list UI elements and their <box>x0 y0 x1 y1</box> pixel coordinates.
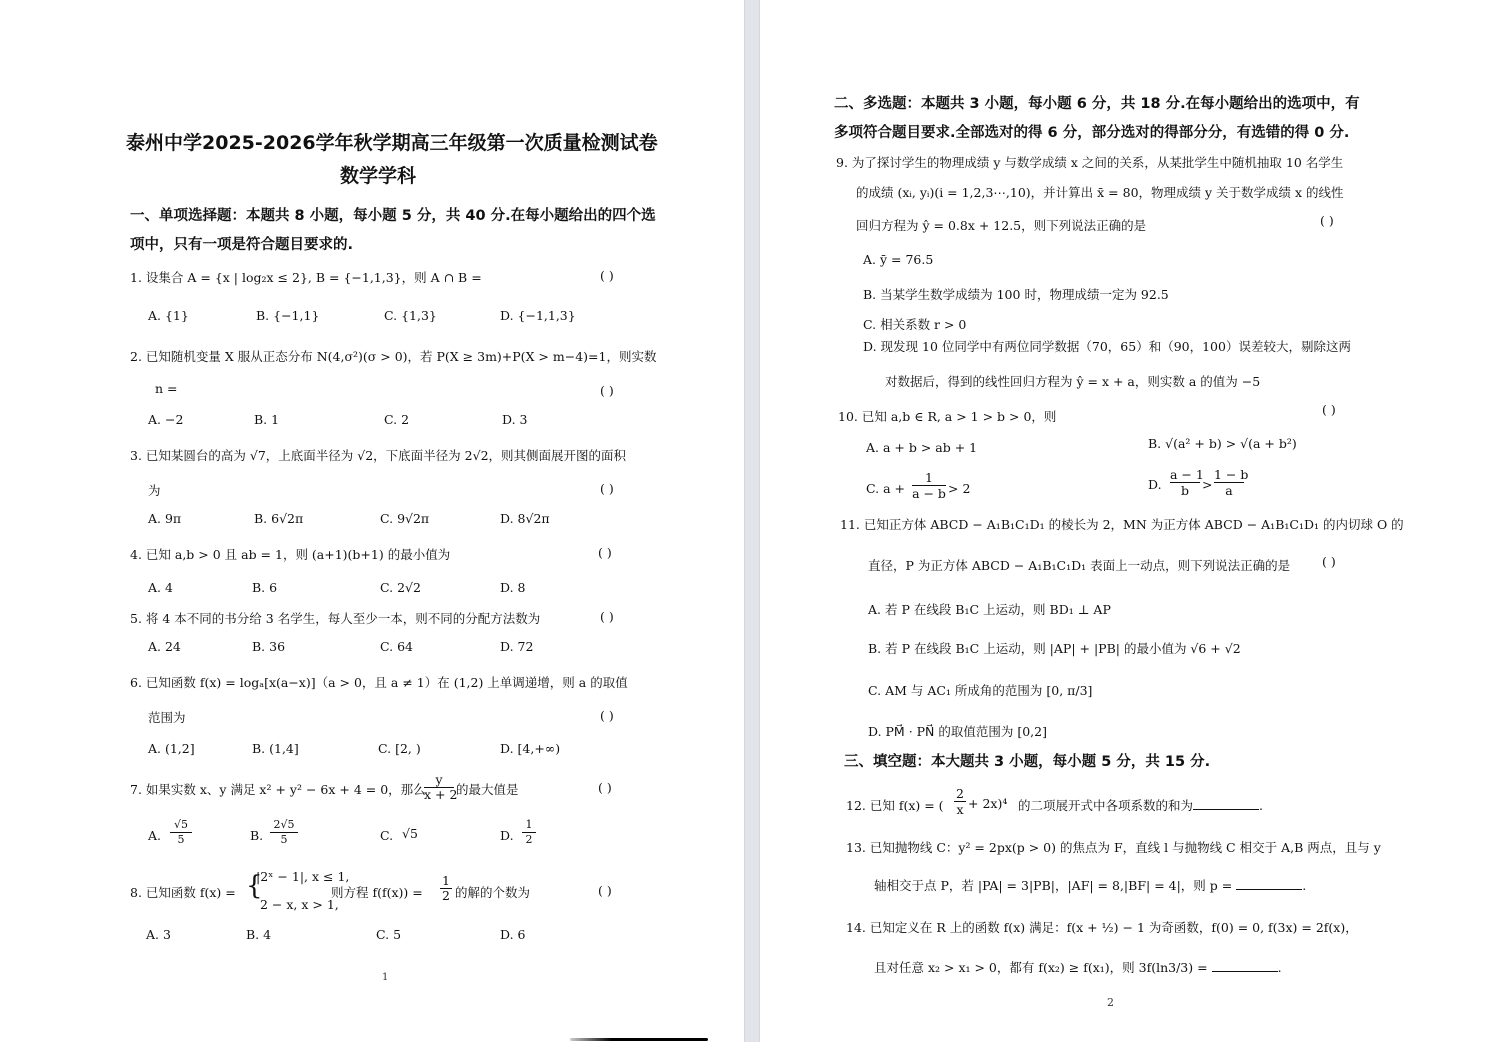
q1-option-c: C. {1,3} <box>384 308 437 323</box>
q13-stem2-text: 轴相交于点 P，若 |PA| = 3|PB|，|AF| = 8,|BF| = 4… <box>874 878 1232 893</box>
q4-option-c: C. 2√2 <box>380 580 421 595</box>
q9-option-d-cont: 对数据后，得到的线性回归方程为 ŷ = x + a，则实数 a 的值为 −5 <box>885 372 1260 390</box>
q12-tail-text: 的二项展开式中各项系数的和为 <box>1018 798 1193 813</box>
page-2: 二、多选题：本题共 3 小题，每小题 6 分，共 18 分.在每小题给出的选项中… <box>760 0 1509 1042</box>
q8-case-2: 2 − x, x > 1, <box>260 897 339 912</box>
q1-option-d: D. {−1,1,3} <box>500 308 576 323</box>
question-6-stem-cont: 范围为 <box>148 708 186 726</box>
q12-fraction: 2 x <box>954 786 966 817</box>
q8-case-1: |2ˣ − 1|, x ≤ 1, <box>256 869 349 884</box>
question-14-stem-2: 且对任意 x₂ > x₁ > 0，都有 f(x₂) ≥ f(x₁)，则 3f(l… <box>874 958 1282 976</box>
page-1: 泰州中学2025-2026学年秋学期高三年级第一次质量检测试卷 数学学科 一、单… <box>0 0 744 1042</box>
question-6-stem: 6. 已知函数 f(x) = logₐ[x(a−x)]（a > 0，且 a ≠ … <box>130 673 628 691</box>
question-14-stem: 14. 已知定义在 R 上的函数 f(x) 满足：f(x + ½) − 1 为奇… <box>846 918 1358 936</box>
q6-option-b: B. (1,4] <box>252 741 299 756</box>
question-3-stem-cont: 为 <box>148 481 161 499</box>
q10-c-num: 1 <box>912 470 946 486</box>
answer-paren: ( ) <box>1322 554 1336 569</box>
question-8-stem-tail: 的解的个数为 <box>455 883 530 901</box>
question-9-stem: 9. 为了探讨学生的物理成绩 y 与数学成绩 x 之间的关系，从某批学生中随机抽… <box>836 153 1343 171</box>
question-12-stem-tail: 的二项展开式中各项系数的和为. <box>1018 796 1263 814</box>
q5-option-c: C. 64 <box>380 639 413 654</box>
question-8-stem-mid: 则方程 f(f(x)) = <box>331 883 423 901</box>
q1-option-b: B. {−1,1} <box>256 308 319 323</box>
q8-option-b: B. 4 <box>246 927 271 942</box>
q10-option-d-frac-2: 1 − b a <box>1214 467 1244 498</box>
question-9-stem-2: 的成绩 (xᵢ, yᵢ)(i = 1,2,3⋯,10)，并计算出 x̄ = 80… <box>856 183 1344 201</box>
answer-paren: ( ) <box>598 780 612 795</box>
answer-blank[interactable] <box>1212 961 1278 972</box>
q8-frac-num: 1 <box>440 874 452 889</box>
q10-option-c-frac: 1 a − b <box>912 470 946 501</box>
q8-frac-den: 2 <box>440 889 452 903</box>
exam-subject: 数学学科 <box>340 161 416 188</box>
section-3-heading: 三、填空题：本大题共 3 小题，每小题 5 分，共 15 分. <box>844 750 1210 771</box>
q6-option-d: D. [4,+∞) <box>500 741 560 756</box>
q10-option-d-head: D. <box>1148 477 1162 492</box>
question-13-stem-2: 轴相交于点 P，若 |PA| = 3|PB|，|AF| = 8,|BF| = 4… <box>874 876 1306 894</box>
question-8-stem-head: 8. 已知函数 f(x) = <box>130 883 236 901</box>
q10-d-den2: a <box>1214 483 1244 498</box>
q10-option-c-head: C. a + <box>866 481 905 496</box>
answer-paren: ( ) <box>1320 213 1334 228</box>
section-2-heading: 二、多选题：本题共 3 小题，每小题 6 分，共 18 分.在每小题给出的选项中… <box>834 92 1360 113</box>
q7-a-den: 5 <box>170 833 192 847</box>
question-2-stem-cont: n = <box>155 381 178 396</box>
q4-option-d: D. 8 <box>500 580 525 595</box>
q5-option-d: D. 72 <box>500 639 533 654</box>
q7-option-b-frac: 2√5 5 <box>270 818 298 847</box>
question-9-stem-3: 回归方程为 ŷ = 0.8x + 12.5，则下列说法正确的是 <box>856 216 1146 234</box>
page-gutter <box>744 0 760 1042</box>
q6-option-c: C. [2, ) <box>378 741 421 756</box>
answer-paren: ( ) <box>1322 402 1336 417</box>
q8-option-a: A. 3 <box>146 927 171 942</box>
q10-option-d-frac-1: a − 1 b <box>1170 467 1200 498</box>
q11-option-a: A. 若 P 在线段 B₁C 上运动，则 BD₁ ⊥ AP <box>868 600 1111 618</box>
question-7-stem-tail: 的最大值是 <box>456 780 519 798</box>
q10-d-den1: b <box>1170 483 1200 498</box>
q11-option-c: C. AM 与 AC₁ 所成角的范围为 [0, π/3] <box>868 681 1092 699</box>
section-1-heading-cont: 项中，只有一项是符合题目要求的. <box>130 233 353 254</box>
question-11-stem-2: 直径，P 为正方体 ABCD − A₁B₁C₁D₁ 表面上一动点，则下列说法正确… <box>868 556 1290 574</box>
answer-paren: ( ) <box>598 545 612 560</box>
q7-option-d-label: D. <box>500 828 514 843</box>
answer-paren: ( ) <box>600 481 614 496</box>
question-3-stem: 3. 已知某圆台的高为 √7，上底面半径为 √2，下底面半径为 2√2，则其侧面… <box>130 446 626 464</box>
q7-option-b-label: B. <box>250 828 263 843</box>
q7-d-num: 1 <box>522 818 536 833</box>
q9-option-c: C. 相关系数 r > 0 <box>863 315 966 333</box>
q7-option-a-label: A. <box>148 828 161 843</box>
answer-blank[interactable] <box>1193 799 1259 810</box>
question-13-stem: 13. 已知抛物线 C：y² = 2px(p > 0) 的焦点为 F，直线 l … <box>846 838 1381 856</box>
q9-option-b: B. 当某学生数学成绩为 100 时，物理成绩一定为 92.5 <box>863 285 1169 303</box>
question-5-stem: 5. 将 4 本不同的书分给 3 名学生，每人至少一本，则不同的分配方法数为 <box>130 609 540 627</box>
q2-option-c: C. 2 <box>384 412 409 427</box>
q14-stem2-text: 且对任意 x₂ > x₁ > 0，都有 f(x₂) ≥ f(x₁)，则 3f(l… <box>874 960 1208 975</box>
exam-title: 泰州中学2025-2026学年秋学期高三年级第一次质量检测试卷 <box>126 128 658 155</box>
q7-option-d-frac: 1 2 <box>522 818 536 847</box>
q10-option-d-gt: > <box>1202 477 1212 492</box>
question-1-stem: 1. 设集合 A = {x | log₂x ≤ 2}, B = {−1,1,3}… <box>130 268 482 286</box>
question-10-stem: 10. 已知 a,b ∈ R, a > 1 > b > 0，则 <box>838 407 1056 425</box>
q12-frac-num: 2 <box>954 786 966 802</box>
question-12-stem-mid: + 2x)⁴ <box>968 796 1007 811</box>
scan-artifact-line <box>570 1038 708 1041</box>
answer-paren: ( ) <box>600 609 614 624</box>
question-4-stem: 4. 已知 a,b > 0 且 ab = 1，则 (a+1)(b+1) 的最小值… <box>130 545 450 563</box>
q10-c-den: a − b <box>912 486 946 501</box>
q4-option-b: B. 6 <box>252 580 277 595</box>
q3-option-a: A. 9π <box>148 511 181 526</box>
q7-frac-den: x + 2 <box>424 788 454 802</box>
page-number: 1 <box>382 972 388 983</box>
q7-b-den: 5 <box>270 833 298 847</box>
question-12-stem-head: 12. 已知 f(x) = ( <box>846 796 944 814</box>
q10-d-num1: a − 1 <box>1170 467 1200 483</box>
q2-option-b: B. 1 <box>254 412 279 427</box>
q7-b-num: 2√5 <box>270 818 298 833</box>
q10-d-num2: 1 − b <box>1214 467 1244 483</box>
q9-option-d: D. 现发现 10 位同学中有两位同学数据（70，65）和（90，100）误差较… <box>863 337 1351 355</box>
question-2-stem: 2. 已知随机变量 X 服从正态分布 N(4,σ²)(σ > 0)，若 P(X … <box>130 347 656 365</box>
q7-option-c-label: C. <box>380 828 393 843</box>
q5-option-a: A. 24 <box>148 639 181 654</box>
q8-option-d: D. 6 <box>500 927 525 942</box>
q7-frac-num: y <box>424 773 454 788</box>
q7-a-num: √5 <box>170 818 192 833</box>
page-number: 2 <box>1107 996 1114 1009</box>
question-11-stem: 11. 已知正方体 ABCD − A₁B₁C₁D₁ 的棱长为 2，MN 为正方体… <box>840 515 1404 533</box>
q7-option-c-value: √5 <box>402 826 418 841</box>
q11-option-d: D. PM⃗ · PN⃗ 的取值范围为 [0,2] <box>868 722 1047 740</box>
q2-option-a: A. −2 <box>148 412 183 427</box>
q3-option-d: D. 8√2π <box>500 511 550 526</box>
q1-option-a: A. {1} <box>148 308 189 323</box>
section-1-heading: 一、单项选择题：本题共 8 小题，每小题 5 分，共 40 分.在每小题给出的四… <box>130 204 656 225</box>
q6-option-a: A. (1,2] <box>148 741 195 756</box>
q2-option-d: D. 3 <box>502 412 527 427</box>
q9-option-a: A. ȳ = 76.5 <box>863 252 933 267</box>
answer-paren: ( ) <box>600 268 614 283</box>
section-2-heading-cont: 多项符合题目要求.全部选对的得 6 分，部分选对的得部分分，有选错的得 0 分. <box>834 121 1349 142</box>
q8-fraction: 1 2 <box>440 874 452 903</box>
answer-blank[interactable] <box>1236 879 1302 890</box>
answer-paren: ( ) <box>600 708 614 723</box>
answer-paren: ( ) <box>600 383 614 398</box>
q7-option-a-frac: √5 5 <box>170 818 192 847</box>
q11-option-b: B. 若 P 在线段 B₁C 上运动，则 |AP| + |PB| 的最小值为 √… <box>868 639 1241 657</box>
q10-option-c-tail: > 2 <box>948 481 970 496</box>
answer-paren: ( ) <box>598 883 612 898</box>
question-7-stem: 7. 如果实数 x、y 满足 x² + y² − 6x + 4 = 0，那么 <box>130 780 426 798</box>
q10-option-b: B. √(a² + b) > √(a + b²) <box>1148 436 1297 451</box>
q4-option-a: A. 4 <box>148 580 173 595</box>
q7-fraction: y x + 2 <box>424 773 454 802</box>
q3-option-c: C. 9√2π <box>380 511 429 526</box>
q10-option-a: A. a + b > ab + 1 <box>866 440 977 455</box>
q12-frac-den: x <box>954 802 966 817</box>
q7-d-den: 2 <box>522 833 536 847</box>
q5-option-b: B. 36 <box>252 639 285 654</box>
q8-option-c: C. 5 <box>376 927 401 942</box>
q3-option-b: B. 6√2π <box>254 511 303 526</box>
